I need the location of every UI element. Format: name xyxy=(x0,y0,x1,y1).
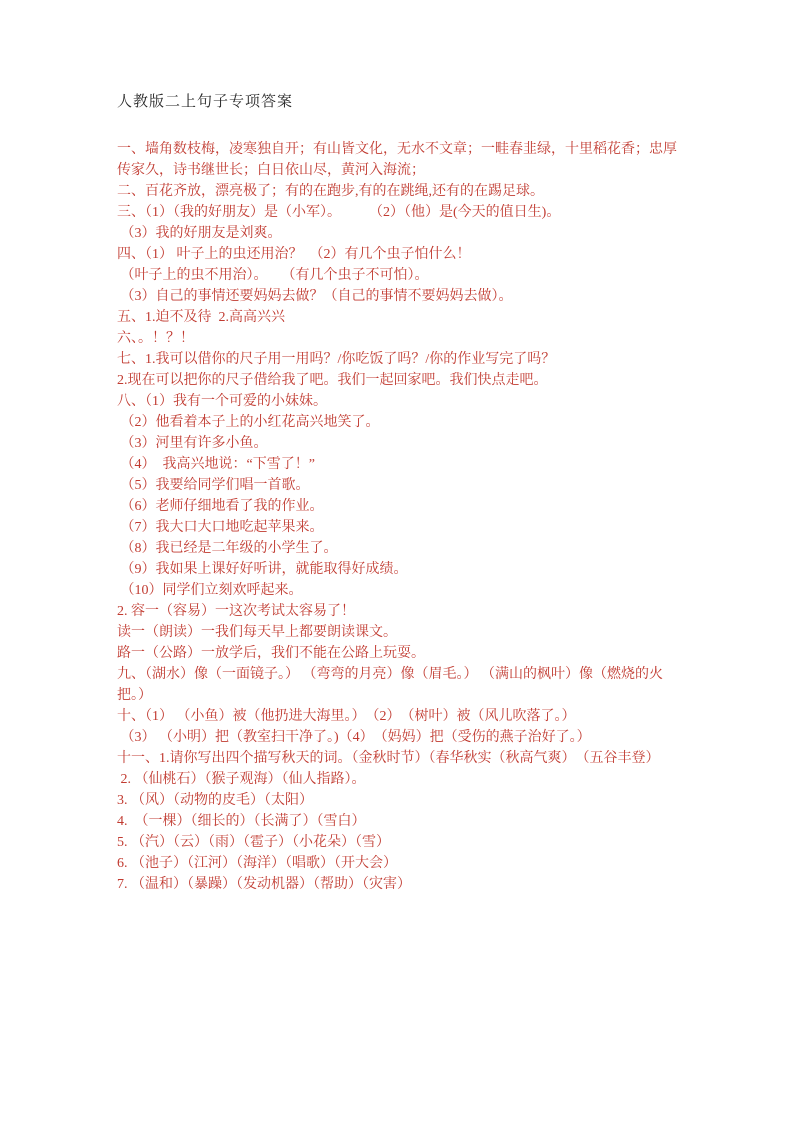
text-line: 2.现在可以把你的尺子借给我了吧。我们一起回家吧。我们快点走吧。 xyxy=(117,370,697,391)
text-line: 三、（1）（我的好朋友）是（小军）。 （2）（他）是(今天的值日生)。 xyxy=(117,202,697,223)
text-line: 7. （温和）（暴躁）（发动机器）（帮助）（灾害） xyxy=(117,874,697,895)
text-line: 十一、1.请你写出四个描写秋天的词。（金秋时节）（春华秋实（秋高气爽） （五谷丰… xyxy=(117,748,697,769)
text-line: （7）我大口大口地吃起苹果来。 xyxy=(117,517,697,538)
text-line: 4. （一棵）（细长的）（长满了）（雪白） xyxy=(117,811,697,832)
text-line: 3. （风）（动物的皮毛）（太阳） xyxy=(117,790,697,811)
text-line: （叶子上的虫不用治）。 （有几个虫子不可怕）。 xyxy=(117,265,697,286)
text-line: 5. （汽）（云）（雨）（雹子）（小花朵）（雪） xyxy=(117,832,697,853)
text-line: （5）我要给同学们唱一首歌。 xyxy=(117,475,697,496)
text-line: （3）河里有许多小鱼。 xyxy=(117,433,697,454)
text-line: 2. （仙桃石）（猴子观海）（仙人指路）。 xyxy=(117,769,697,790)
text-line: （4） 我高兴地说：“下雪了！” xyxy=(117,454,697,475)
text-line: （3）我的好朋友是刘爽。 xyxy=(117,223,697,244)
text-line: （3） （小明）把（教室扫干净了。)（4） （妈妈）把（受伤的燕子治好了。） xyxy=(117,727,697,748)
text-line: 五、1.迫不及待 2.高高兴兴 xyxy=(117,307,697,328)
text-line: 2. 容一（容易）一这次考试太容易了！ xyxy=(117,601,697,622)
text-line: （2）他看着本子上的小红花高兴地笑了。 xyxy=(117,412,697,433)
text-line: 把。） xyxy=(117,685,697,706)
document-page: 人教版二上句子专项答案 一、墙角数枝梅，凌寒独自开；有山皆文化，无水不文章；一畦… xyxy=(0,0,793,1122)
page-title: 人教版二上句子专项答案 xyxy=(117,90,293,111)
text-line: 传家久，诗书继世长；白日依山尽，黄河入海流； xyxy=(117,160,697,181)
text-line: 六、。！？！ xyxy=(117,328,697,349)
text-line: 二、百花齐放，漂亮极了；有的在跑步,有的在跳绳,还有的在踢足球。 xyxy=(117,181,697,202)
text-line: 四、（1） 叶子上的虫还用治？ （2）有几个虫子怕什么！ xyxy=(117,244,697,265)
document-body: 一、墙角数枝梅，凌寒独自开；有山皆文化，无水不文章；一畦春韭绿，十里稻花香；忠厚… xyxy=(117,139,697,895)
text-line: 6. （池子）（江河）（海洋）（唱歌）（开大会） xyxy=(117,853,697,874)
text-line: 九、（湖水）像（一面镜子。） （弯弯的月亮）像（眉毛。） （满山的枫叶）像（燃烧… xyxy=(117,664,697,685)
text-line: （8）我已经是二年级的小学生了。 xyxy=(117,538,697,559)
text-line: 十、（1） （小鱼）被（他扔进大海里。） （2） （树叶）被（风儿吹落了。） xyxy=(117,706,697,727)
text-line: 读一（朗读）一我们每天早上都要朗读课文。 xyxy=(117,622,697,643)
text-line: （9）我如果上课好好听讲，就能取得好成绩。 xyxy=(117,559,697,580)
text-line: 路一（公路）一放学后，我们不能在公路上玩耍。 xyxy=(117,643,697,664)
text-line: （6）老师仔细地看了我的作业。 xyxy=(117,496,697,517)
text-line: 七、1.我可以借你的尺子用一用吗？/你吃饭了吗？/你的作业写完了吗？ xyxy=(117,349,697,370)
text-line: 一、墙角数枝梅，凌寒独自开；有山皆文化，无水不文章；一畦春韭绿，十里稻花香；忠厚 xyxy=(117,139,697,160)
text-line: （3）自己的事情还要妈妈去做？（自己的事情不要妈妈去做）。 xyxy=(117,286,697,307)
text-line: 八、（1）我有一个可爱的小妹妹。 xyxy=(117,391,697,412)
text-line: （10）同学们立刻欢呼起来。 xyxy=(117,580,697,601)
